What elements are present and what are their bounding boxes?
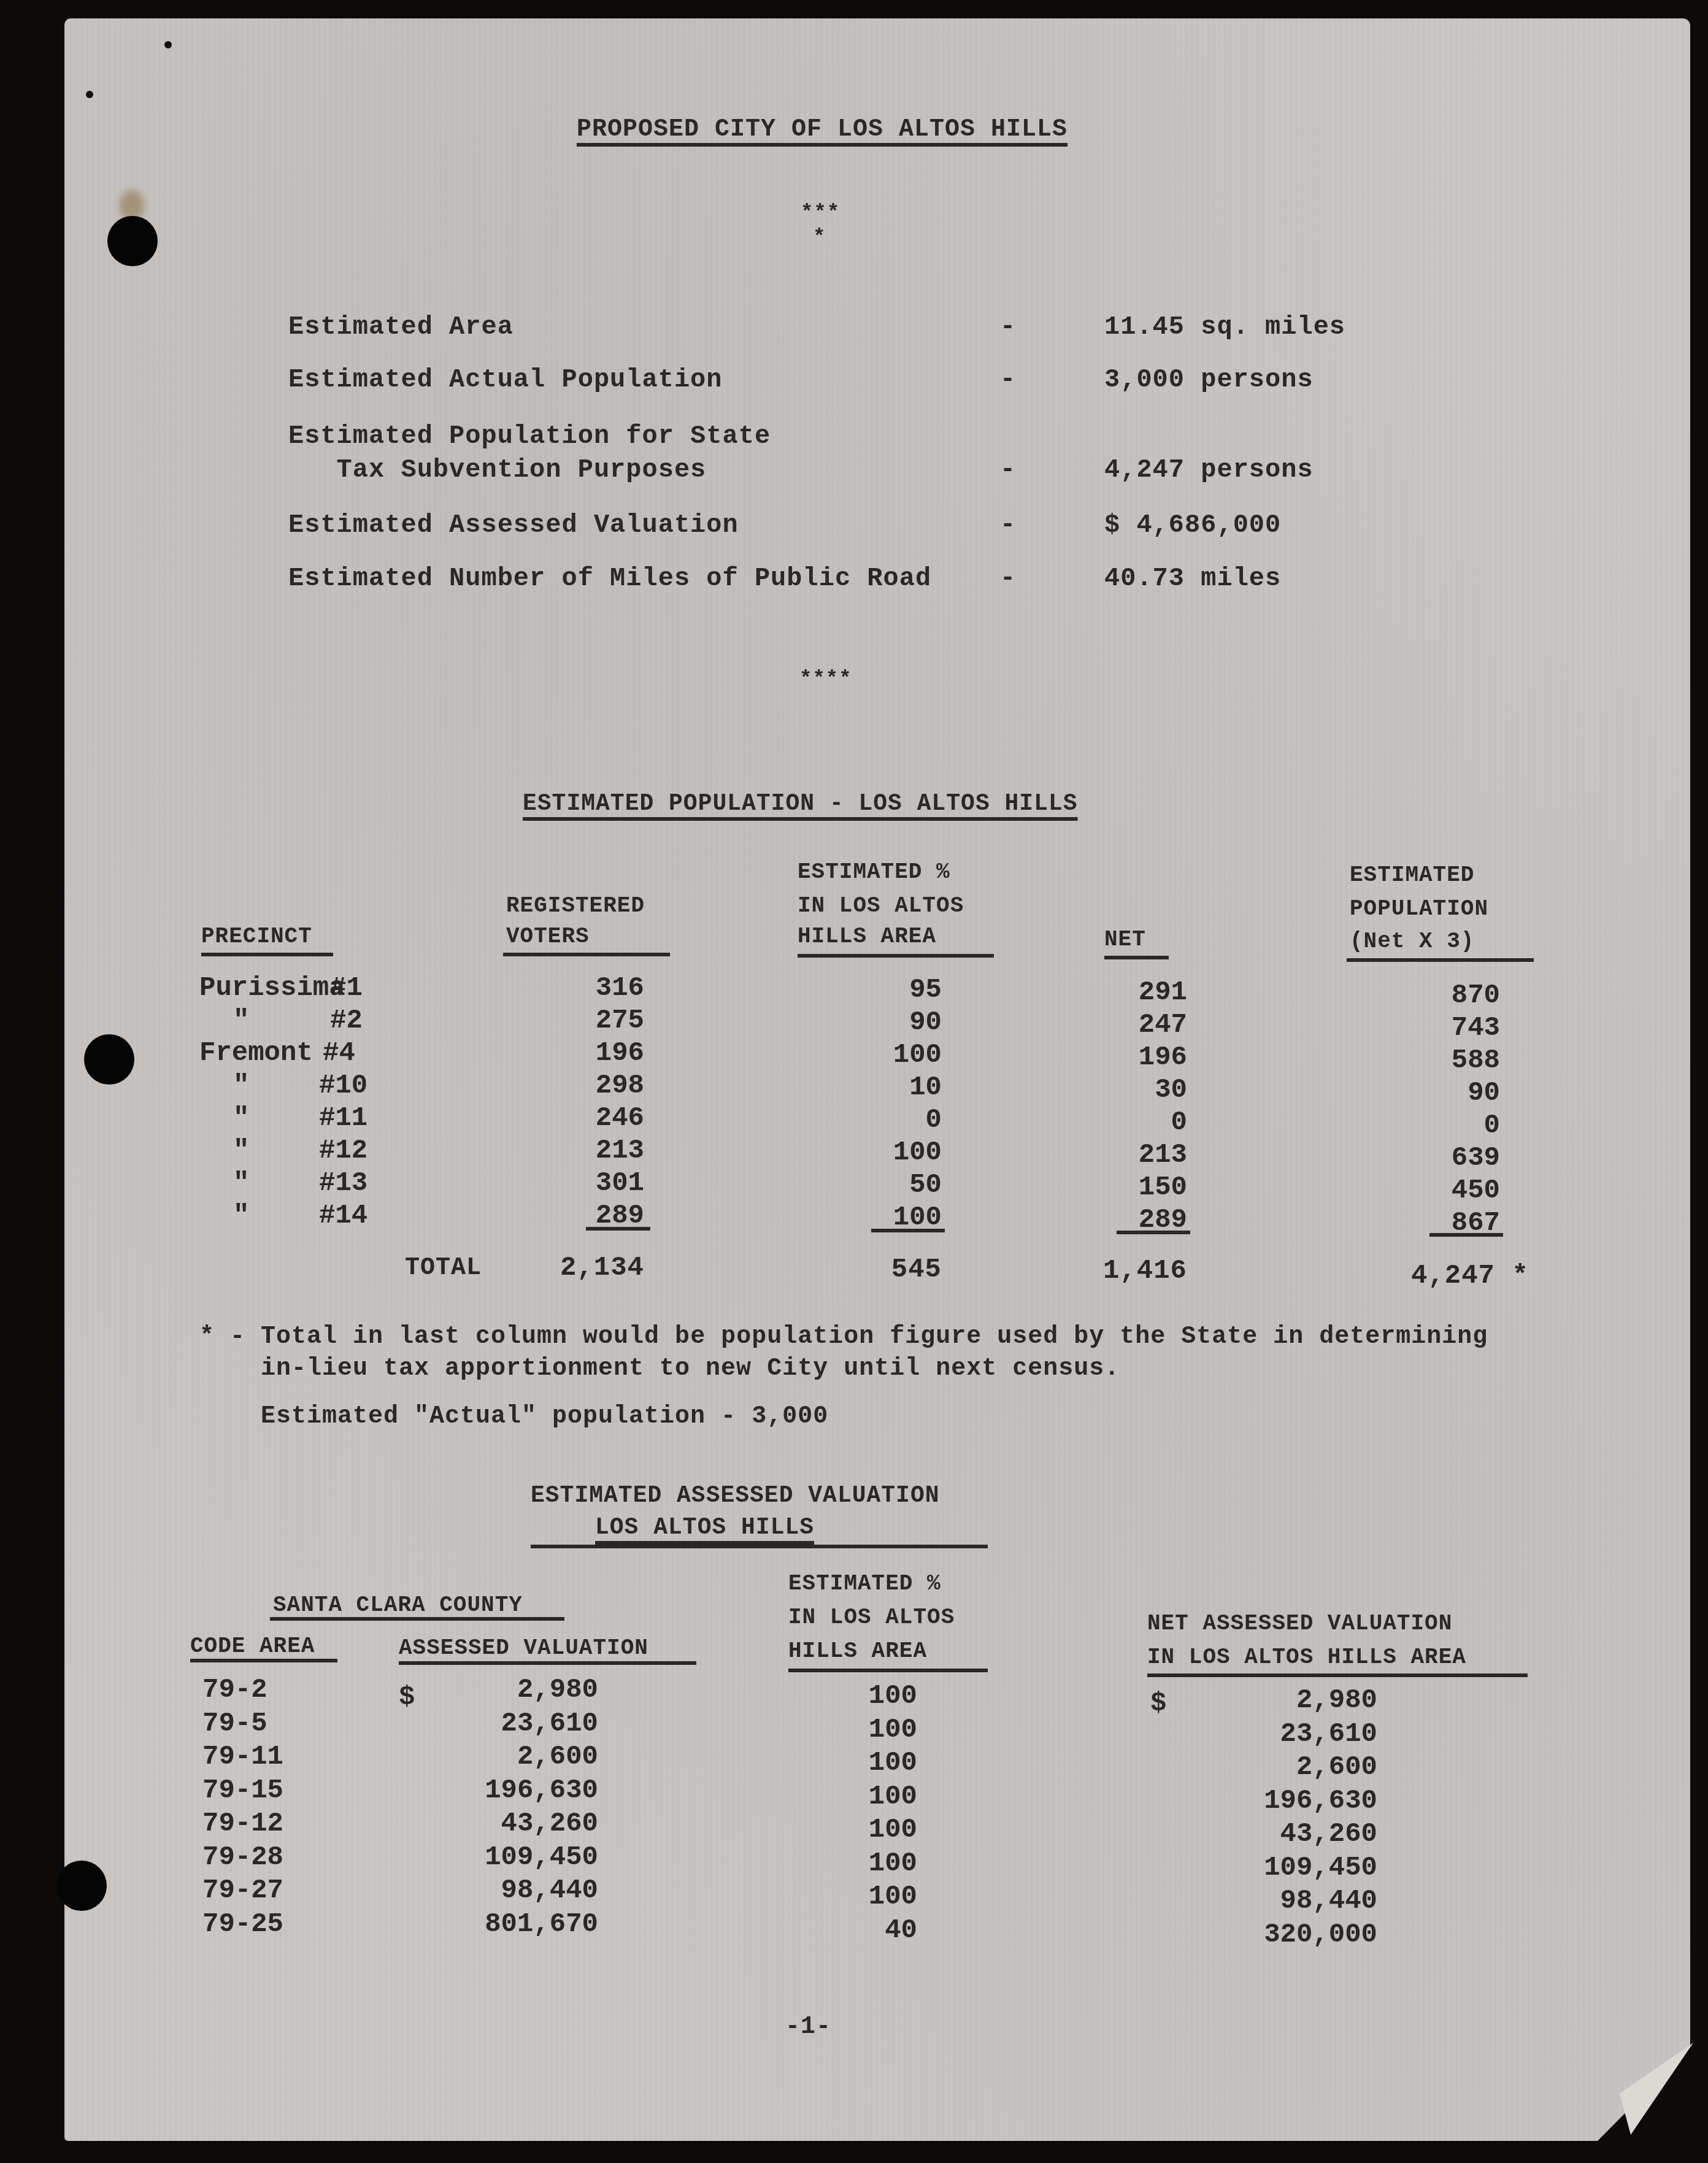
header-underline [1147,1673,1528,1677]
header-precinct: PRECINCT [201,920,312,953]
voters-value: 213 [540,1135,644,1167]
net-value: 247 [1092,1009,1187,1042]
header-pop-line2: POPULATION [1350,893,1488,926]
val-header-pct-line1: ESTIMATED % [788,1567,941,1600]
voters-value: 196 [540,1037,644,1070]
val-pct-value: 100 [834,1746,917,1780]
net-valuation-value: 196,630 [1245,1785,1377,1818]
summary-value-actual-pop: 3,000 persons [1104,367,1314,393]
val-header-code-area: CODE AREA [190,1630,315,1663]
total-population: 4,247 * [1411,1262,1529,1289]
precinct-number: #13 [319,1167,393,1200]
assessed-valuation-column: 2,980 23,610 2,600 196,630 43,260 109,45… [466,1673,598,1941]
precinct-number-column: #1 #2 #4 #10 #11 #12 #13 #14 [319,972,393,1232]
total-label: TOTAL [405,1256,482,1281]
header-underline [1347,958,1534,962]
header-registered-line1: REGISTERED [506,889,645,923]
header-pct-line1: ESTIMATED % [798,856,950,889]
val-header-pct-line3: HILLS AREA [788,1635,927,1668]
voters-value: 298 [540,1070,644,1102]
net-valuation-value: 2,600 [1245,1751,1377,1785]
precinct-name: " [199,1102,322,1135]
voters-value: 246 [540,1102,644,1135]
precinct-name: " [199,1200,322,1232]
separator-stars: *** [801,202,840,223]
footnote-line1: * - Total in last column would be popula… [199,1325,1488,1350]
voters-value: 275 [540,1005,644,1037]
currency-symbol: $ [399,1684,415,1711]
precinct-number: #11 [319,1102,393,1135]
footnote-line2: in-lieu tax apportionment to new City un… [261,1357,1120,1381]
assessed-value: 98,440 [466,1874,598,1908]
assessed-value: 2,600 [466,1740,598,1774]
code-area-value: 79-28 [202,1841,307,1875]
total-voters: 2,134 [540,1254,644,1281]
precinct-name: " [199,1167,322,1200]
val-header-pct-line2: IN LOS ALTOS [788,1601,955,1634]
code-area-value: 79-25 [202,1908,307,1942]
net-value: 213 [1092,1139,1187,1172]
valuation-title-line1: ESTIMATED ASSESSED VALUATION [531,1485,940,1508]
assessed-value: 109,450 [466,1841,598,1875]
assessed-value: 2,980 [466,1673,598,1707]
val-header-net-line2: IN LOS ALTOS HILLS AREA [1147,1641,1466,1674]
header-underline [270,1617,564,1621]
summary-label-area: Estimated Area [288,314,514,340]
val-pct-value: 100 [834,1713,917,1747]
header-pop-line3: (Net X 3) [1350,925,1474,958]
currency-symbol: $ [1150,1690,1167,1717]
precinct-name: " [199,1135,322,1167]
precinct-number: #2 [319,1005,393,1037]
val-pct-value: 40 [834,1914,917,1948]
page-number: -1- [785,2015,831,2040]
header-net: NET [1104,923,1146,956]
summary-value-valuation: $ 4,686,000 [1104,512,1281,538]
val-pct-value: 100 [834,1780,917,1814]
precinct-number: #1 [319,972,393,1005]
val-pct-value: 100 [834,1880,917,1914]
sum-underline [871,1229,945,1232]
summary-value-state-pop: 4,247 persons [1104,457,1314,483]
punch-speck [164,41,172,48]
total-net: 1,416 [1092,1258,1187,1285]
population-value: 0 [1405,1110,1500,1142]
val-pct-column: 100 100 100 100 100 100 100 40 [834,1680,917,1947]
assessed-value: 801,670 [466,1908,598,1942]
net-valuation-value: 320,000 [1245,1918,1377,1952]
punch-speck [86,91,93,98]
header-pct-line2: IN LOS ALTOS [798,889,964,923]
header-underline [1104,956,1169,959]
header-underline [399,1661,696,1665]
binder-hole-middle [84,1034,134,1085]
voters-value: 301 [540,1167,644,1200]
header-underline [201,953,333,956]
pct-column: 95 90 100 10 0 100 50 100 [847,974,942,1234]
voters-column: 316 275 196 298 246 213 301 289 [540,972,644,1232]
sum-underline [586,1227,650,1231]
header-underline [798,954,994,958]
summary-label-road-miles: Estimated Number of Miles of Public Road [288,566,931,591]
net-valuation-value: 109,450 [1245,1851,1377,1885]
assessed-value: 23,610 [466,1707,598,1741]
summary-value-area: 11.45 sq. miles [1104,314,1345,340]
precinct-name-column: Purissima " Fremont " " " " " [199,972,322,1232]
precinct-name: Fremont [199,1037,322,1070]
net-valuation-value: 23,610 [1245,1718,1377,1751]
actual-population-note: Estimated "Actual" population - 3,000 [261,1405,828,1429]
header-pct-line3: HILLS AREA [798,920,936,953]
precinct-number: #12 [319,1135,393,1167]
net-value: 196 [1092,1042,1187,1074]
summary-label-state-pop-line2: Tax Subvention Purposes [288,457,706,483]
header-underline [503,953,670,956]
code-area-value: 79-27 [202,1874,307,1908]
net-value: 0 [1092,1107,1187,1139]
code-area-value: 79-11 [202,1740,307,1774]
val-pct-value: 100 [834,1680,917,1713]
val-pct-value: 100 [834,1813,917,1847]
pct-value: 100 [847,1039,942,1072]
precinct-number: #10 [319,1070,393,1102]
summary-dash: - [1000,367,1016,393]
header-underline [788,1669,988,1672]
summary-label-valuation: Estimated Assessed Valuation [288,512,739,538]
code-area-value: 79-5 [202,1707,307,1741]
val-header-net-line1: NET ASSESSED VALUATION [1147,1607,1452,1640]
population-value: 639 [1405,1142,1500,1175]
precinct-number: #14 [319,1200,393,1232]
population-value: 743 [1405,1012,1500,1045]
precinct-name: " [199,1070,322,1102]
binder-hole-bottom [56,1861,107,1911]
population-value: 90 [1405,1077,1500,1110]
sum-underline [1117,1231,1190,1234]
code-area-value: 79-2 [202,1673,307,1707]
code-area-value: 79-15 [202,1774,307,1808]
net-value: 30 [1092,1074,1187,1107]
pct-value: 90 [847,1007,942,1039]
net-valuation-value: 43,260 [1245,1818,1377,1851]
net-value: 291 [1092,977,1187,1009]
net-value: 150 [1092,1172,1187,1204]
summary-dash: - [1000,512,1016,538]
precinct-number: #4 [319,1037,393,1070]
separator-stars-mid: **** [799,669,852,690]
net-valuation-value: 98,440 [1245,1884,1377,1918]
summary-dash: - [1000,566,1016,591]
code-area-value: 79-12 [202,1807,307,1841]
pct-value: 100 [847,1137,942,1169]
pct-value: 0 [847,1104,942,1137]
document-title: PROPOSED CITY OF LOS ALTOS HILLS [577,118,1067,142]
separator-star: * [813,227,826,248]
summary-dash: - [1000,457,1016,483]
net-column: 291 247 196 30 0 213 150 289 [1092,977,1187,1237]
valuation-title-line2: LOS ALTOS HILLS [595,1516,814,1540]
binder-hole-top [107,216,158,266]
summary-dash: - [1000,314,1016,340]
assessed-value: 43,260 [466,1807,598,1841]
population-table-title: ESTIMATED POPULATION - LOS ALTOS HILLS [523,793,1078,816]
header-underline [190,1659,337,1662]
header-pop-line1: ESTIMATED [1350,859,1474,892]
population-value: 870 [1405,980,1500,1012]
header-registered-line2: VOTERS [506,920,590,953]
summary-label-state-pop: Estimated Population for State [288,423,771,449]
val-pct-value: 100 [834,1847,917,1881]
population-value: 588 [1405,1045,1500,1077]
pct-value: 95 [847,974,942,1007]
valuation-title-underline [531,1545,988,1548]
population-column: 870 743 588 90 0 639 450 867 [1405,980,1500,1240]
precinct-name: " [199,1005,322,1037]
precinct-name: Purissima [199,972,322,1005]
sum-underline [1429,1233,1503,1237]
pct-value: 10 [847,1072,942,1104]
pct-value: 50 [847,1169,942,1202]
voters-value: 316 [540,972,644,1005]
total-pct: 545 [847,1256,942,1283]
summary-value-road-miles: 40.73 miles [1104,566,1281,591]
val-header-assessed: ASSESSED VALUATION [399,1632,648,1665]
net-valuation-column: 2,980 23,610 2,600 196,630 43,260 109,45… [1245,1684,1377,1951]
summary-label-actual-pop: Estimated Actual Population [288,367,723,393]
population-value: 450 [1405,1175,1500,1207]
assessed-value: 196,630 [466,1774,598,1808]
code-area-column: 79-2 79-5 79-11 79-15 79-12 79-28 79-27 … [202,1673,307,1941]
net-valuation-value: 2,980 [1245,1684,1377,1718]
